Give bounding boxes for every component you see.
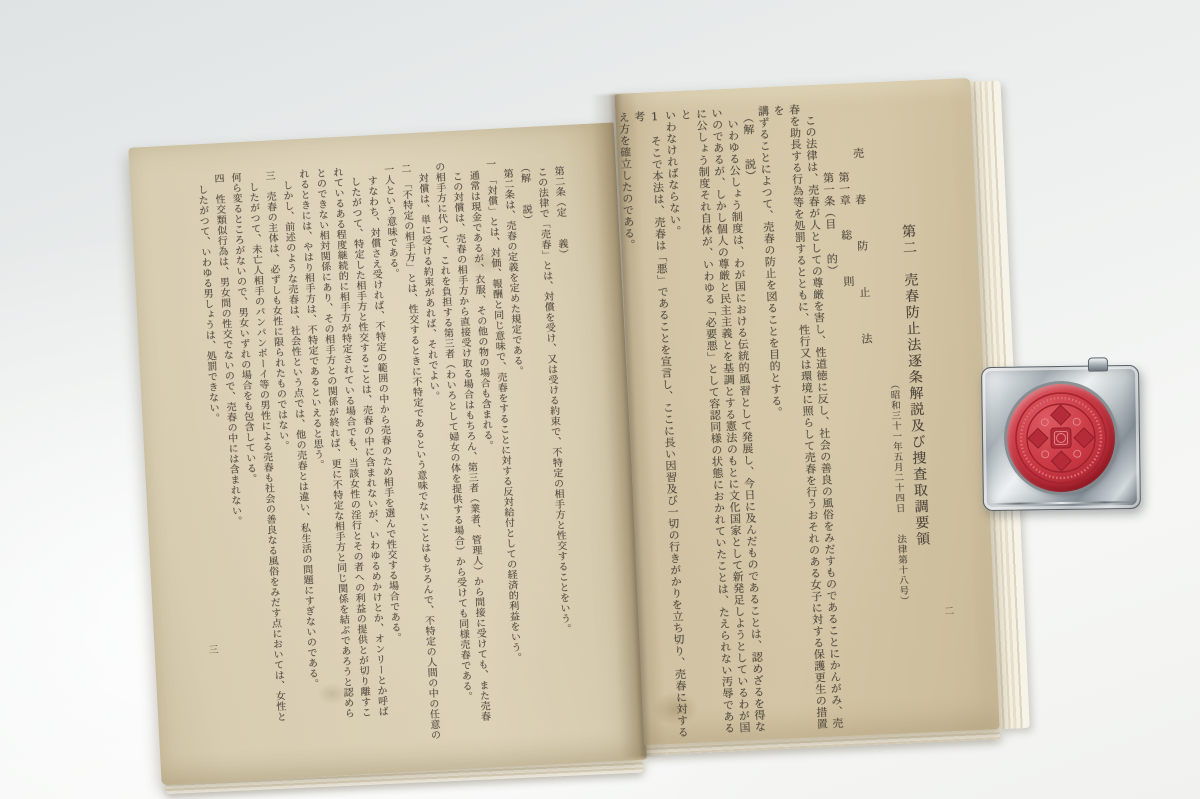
right-page-number: 二: [944, 602, 955, 617]
open-booklet: 第二条（定 義） この法律で「売春」とは、対償を受け、又は受ける約束で、不特定の…: [121, 76, 1035, 795]
seal-emblem-icon: [1006, 383, 1115, 492]
left-page: 第二条（定 義） この法律で「売春」とは、対償を受け、又は受ける約束で、不特定の…: [128, 122, 647, 785]
metal-clip: [981, 365, 1141, 511]
clip-tab: [1088, 357, 1108, 371]
photo-background: 第二条（定 義） この法律で「売春」とは、対償を受け、又は受ける約束で、不特定の…: [0, 0, 1200, 799]
red-wax-seal-icon: [1006, 383, 1115, 492]
right-page: 売 春 防 止 法 第一章 総 則 第一条（目 的） この法律は、売春が人として…: [615, 78, 1000, 745]
right-page-text: 売 春 防 止 法 第一章 総 則 第一条（目 的） この法律は、売春が人として…: [615, 101, 892, 746]
left-page-text: 第二条（定 義） この法律で「売春」とは、対償を受け、又は受ける約束で、不特定の…: [186, 155, 597, 780]
left-page-number: 三: [208, 641, 219, 657]
